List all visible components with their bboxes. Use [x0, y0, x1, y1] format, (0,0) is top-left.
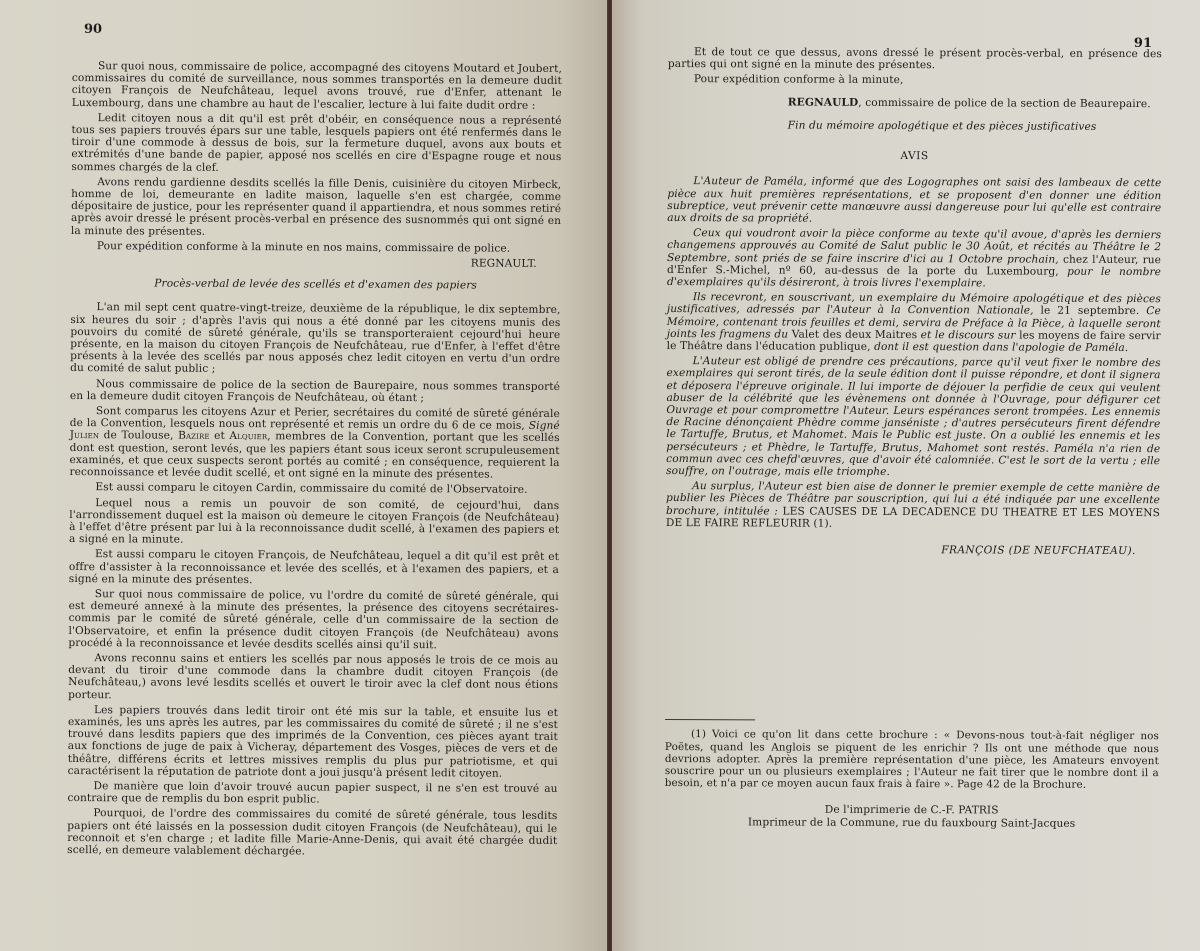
left-page-body: Sur quoi nous, commissaire de police, ac… — [67, 60, 562, 859]
footnote: (1) Voici ce qu'on lit dans cette brochu… — [665, 728, 1159, 791]
paragraph: Pourquoi, de l'ordre des commissaires du… — [67, 807, 557, 859]
right-page-body: Et de tout ce que dessus, avons dressé l… — [665, 46, 1162, 831]
paragraph: Ledit citoyen nous a dit qu'il est prêt … — [71, 112, 561, 176]
paragraph: Sur quoi nous, commissaire de police, ac… — [72, 60, 562, 112]
paragraph: Est aussi comparu le citoyen François, d… — [69, 548, 559, 588]
avis-heading: AVIS — [667, 149, 1161, 163]
paragraph: Est aussi comparu le citoyen Cardin, com… — [69, 481, 559, 496]
right-page: 91 Et de tout ce que dessus, avons dress… — [612, 0, 1200, 951]
paragraph: Sur quoi nous commissaire de police, vu … — [68, 588, 558, 652]
imprint-line: Imprimeur de la Commune, rue du fauxbour… — [665, 816, 1159, 831]
avis-paragraph: Au surplus, l'Auteur est bien aise de do… — [666, 480, 1160, 531]
paragraph: Pour expédition conforme à la minute en … — [71, 240, 561, 255]
avis-paragraph: L'Auteur de Paméla, informé que des Logo… — [667, 175, 1161, 226]
page-number-left: 90 — [84, 22, 102, 37]
paragraph: Nous commissaire de police de la section… — [70, 378, 560, 405]
printer-imprint: De l'imprimerie de C.-F. PATRIS Imprimeu… — [665, 803, 1159, 831]
end-note: Fin du mémoire apologétique et des pièce… — [668, 119, 1162, 133]
paragraph: De manière que loin d'avoir trouvé aucun… — [67, 780, 557, 807]
paragraph: Et de tout ce que dessus, avons dressé l… — [668, 46, 1162, 73]
signature-regnauld: REGNAULD, commissaire de police de la se… — [668, 96, 1162, 110]
avis-paragraph: L'Auteur est obligé de prendre ces préca… — [666, 355, 1161, 479]
expedition-line: Pour expédition conforme à la minute, — [668, 73, 1162, 87]
left-page: 90 Sur quoi nous, commissaire de police,… — [0, 0, 610, 951]
paragraph: L'an mil sept cent quatre-vingt-treize, … — [70, 301, 560, 377]
paragraph-comparus: Sont comparus les citoyens Azur et Perie… — [69, 405, 559, 481]
paragraph: Lequel nous a remis un pouvoir de son co… — [69, 496, 559, 548]
avis-paragraph: Ils recevront, en souscrivant, un exempl… — [667, 291, 1161, 354]
paragraph: Avons rendu gardienne desdits scellés la… — [71, 176, 561, 240]
avis-paragraph: Ceux qui voudront avoir la pièce conform… — [667, 227, 1161, 290]
paragraph: Avons reconnu sains et entiers les scell… — [68, 652, 558, 704]
footnote-divider — [665, 719, 755, 720]
paragraph: Les papiers trouvés dans ledit tiroir on… — [68, 704, 558, 780]
section-heading: Procès-verbal de levée des scellés et d'… — [71, 277, 561, 292]
book-spread: 90 Sur quoi nous, commissaire de police,… — [0, 0, 1200, 951]
signature-regnault: REGNAULT. — [71, 255, 537, 270]
signature-francois: FRANÇOIS (DE NEUFCHATEAU). — [666, 543, 1136, 557]
